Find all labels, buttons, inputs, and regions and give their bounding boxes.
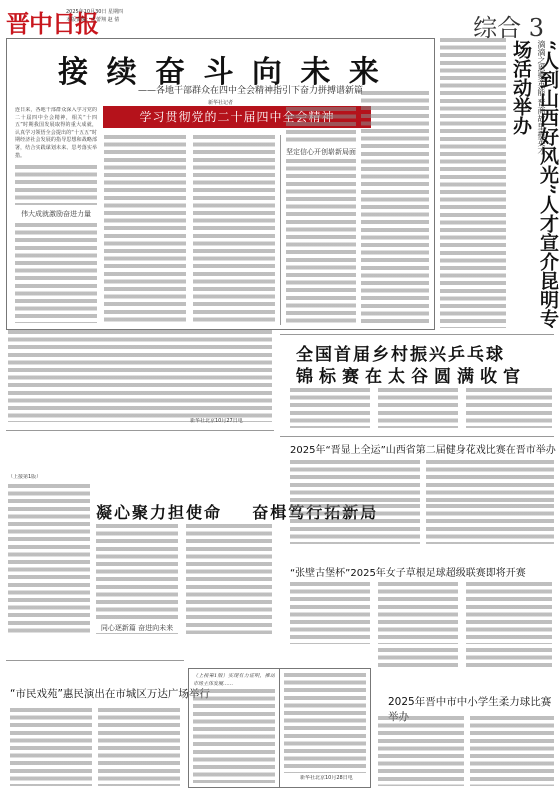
lead-story: 接 续 奋 斗 向 未 来 ——各地干部群众在四中全会精神指引下奋力拼搏谱新篇 … (6, 38, 435, 330)
lead-col5-text (361, 91, 429, 323)
opera-text (10, 708, 92, 786)
lead-col1-text (15, 165, 97, 205)
roubal-text (378, 716, 464, 786)
lead-col2-text (104, 135, 186, 323)
continued-marker: （上接第1版） (8, 474, 68, 482)
talent-article-kicker: 滴滴之恩聚英能 晋商故里揽英才 (536, 40, 547, 240)
lead-col4-text (286, 107, 356, 143)
football-text (378, 582, 458, 644)
opera-title[interactable]: “市民戏苑”惠民演出在市城区万达广场举行 (10, 686, 210, 701)
fitness-text (426, 460, 554, 504)
roubal-text (470, 716, 554, 786)
pingpong-text (378, 388, 458, 428)
football-text (466, 582, 552, 644)
editorial-box-cont: 新华社北京10月28日电 (280, 668, 371, 788)
fitness-title[interactable]: 2025年“晋显上全运”山西省第二届健身花戏比赛在晋市举办 (290, 441, 556, 456)
talent-article-text (440, 38, 506, 328)
lead-col4-text (286, 159, 356, 323)
talent-article-title[interactable]: “人到山西好风光”人才宣介昆明专场活动举办 (508, 40, 560, 330)
lead-col3-text (193, 135, 275, 323)
lower-lead-text (96, 524, 178, 634)
lead-intro: 连日来，各地干部群众深入学习党的二十届四中全会精神，相关“十四五”时期我国发展取… (15, 107, 97, 163)
football-text (290, 582, 370, 644)
section-title: 同心逐新篇 奋进向未来 (96, 623, 178, 633)
issue-date: 2025年10月30日 星期四 (66, 8, 123, 16)
football-tail-text (466, 648, 552, 670)
section-title: 伟大成就激励奋进力量 (15, 209, 97, 219)
masthead-meta: 2025年10月30日 星期四 本版责编：王蕾翔 赵 倩 (66, 8, 123, 24)
lead-dateline: 新华社北京10月27日电 (190, 418, 270, 426)
editorial-continued: （上接第1版）实现有力证明，推动市场主体发展…… (193, 673, 275, 687)
section-title: 坚定信心开创崭新局面 (286, 147, 356, 157)
editorial-text (284, 673, 366, 773)
opera-text (98, 708, 180, 786)
football-tail-text (378, 648, 458, 670)
editorial-dateline: 新华社北京10月28日电 (300, 775, 366, 783)
pingpong-text (290, 388, 370, 428)
editorial-box: （上接第1版）实现有力证明，推动市场主体发展…… (188, 668, 280, 788)
page-editors: 本版责编：王蕾翔 赵 倩 (66, 16, 123, 24)
editorial-text (193, 689, 275, 783)
lead-col1-text (15, 223, 97, 323)
lead-continuation-text (8, 330, 272, 422)
football-title[interactable]: “张壁古堡杯”2025年女子草根足球超级联赛即将开赛 (290, 564, 526, 579)
pingpong-text (466, 388, 552, 428)
lower-lead-text (186, 524, 272, 634)
pingpong-title-line2[interactable]: 锦标赛在太谷圆满收官 (296, 362, 526, 387)
fitness-text (290, 460, 420, 504)
lower-lead-text (8, 484, 90, 634)
fitness-tail-text (290, 504, 420, 544)
fitness-tail-text (426, 504, 554, 544)
